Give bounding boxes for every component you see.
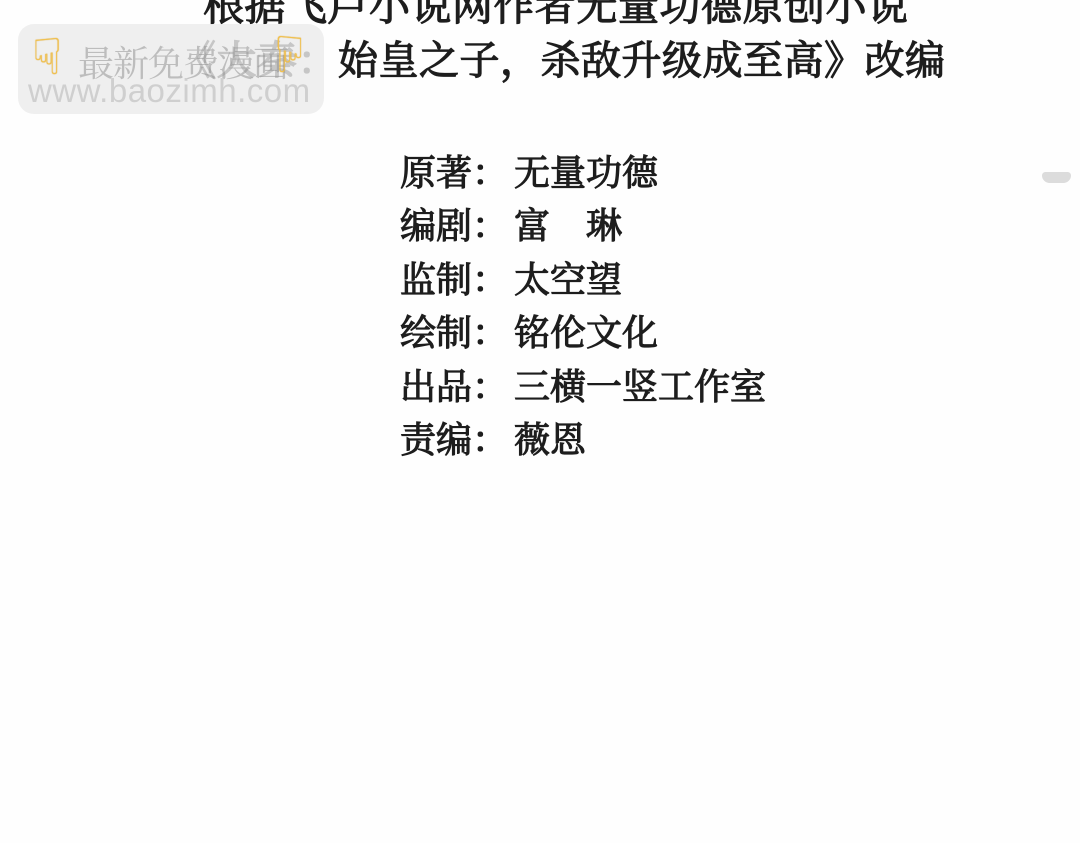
credits-block: 原著： 无量功德 编剧： 富 琳 监制： 太空望 绘制： 铭伦文化 出品： 三横… xyxy=(400,146,766,466)
credit-value: 无量功德 xyxy=(514,146,658,199)
credit-row-editor: 责编： 薇恩 xyxy=(400,413,766,466)
credit-value: 薇恩 xyxy=(514,413,586,466)
credit-row-original-author: 原著： 无量功德 xyxy=(400,146,766,199)
credit-label: 责编： xyxy=(400,413,508,466)
site-watermark: ☟ 最新免费漫画 ☟ www.baozimh.com xyxy=(18,24,324,114)
scrollbar-thumb[interactable] xyxy=(1042,172,1071,183)
credit-label: 绘制： xyxy=(400,306,508,359)
credit-value: 铭伦文化 xyxy=(514,306,658,359)
credit-row-supervisor: 监制： 太空望 xyxy=(400,253,766,306)
credit-label: 出品： xyxy=(400,360,508,413)
credit-row-screenwriter: 编剧： 富 琳 xyxy=(400,199,766,252)
credit-value: 富 琳 xyxy=(514,199,622,252)
credit-row-producer: 出品： 三横一竖工作室 xyxy=(400,360,766,413)
credit-label: 编剧： xyxy=(400,199,508,252)
credit-label: 监制： xyxy=(400,253,508,306)
credit-value: 三横一竖工作室 xyxy=(514,360,766,413)
comic-credits-page: 根据飞卢小说网作者无量功德原创小说 《大秦：始皇之子，杀敌升级成至高》改编 ☟ … xyxy=(0,0,1080,843)
watermark-site-url: www.baozimh.com xyxy=(28,72,311,110)
credit-label: 原著： xyxy=(400,146,508,199)
credit-value: 太空望 xyxy=(514,253,622,306)
credit-row-art: 绘制： 铭伦文化 xyxy=(400,306,766,359)
